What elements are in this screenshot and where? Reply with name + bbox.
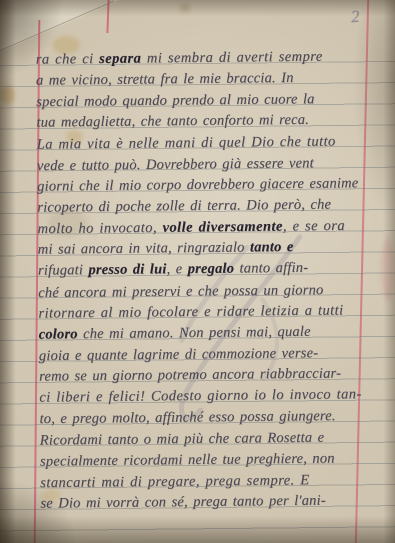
manuscript-line: giorni che il mio corpo dovrebbero giace… (37, 173, 389, 198)
manuscript-line: specialmente ricordami nelle tue preghie… (40, 448, 392, 473)
manuscript-line: rifugati presso di lui, e pregalo tanto … (38, 257, 390, 282)
manuscript-line: stancarti mai di pregare, prega sempre. … (40, 469, 392, 494)
manuscript-line: ci liberi e felici! Codesto giorno io lo… (39, 384, 391, 409)
manuscript-line: molto ho invocato, volle diversamente, e… (37, 216, 389, 241)
manuscript-line: special modo quando prendo al mio cuore … (36, 89, 388, 114)
manuscript-line: ritornare al mio focolare e ridare letiz… (38, 300, 390, 325)
manuscript-line: se Dio mi vorrà con sé, prega tanto per … (40, 490, 392, 515)
manuscript-line: a me vicino, stretta fra le mie braccia.… (36, 67, 388, 92)
manuscript-line: La mia vita è nelle mani di quel Dio che… (37, 131, 389, 156)
manuscript-line: vede e tutto può. Dovrebbero già essere … (37, 152, 389, 177)
scanned-page-photo: ra che ci separa mi sembra di averti sem… (0, 0, 395, 543)
ruled-sheet-content: ra che ci separa mi sembra di averti sem… (0, 0, 395, 543)
manuscript-line: ché ancora mi preservi e che possa un gi… (38, 279, 390, 304)
manuscript-line: gioia e quante lagrime di commozione ver… (39, 342, 391, 367)
manuscript-line: to, e prego molto, affinché esso possa g… (39, 406, 391, 431)
manuscript-text: ra che ci separa mi sembra di averti sem… (36, 46, 393, 515)
manuscript-line: coloro che mi amano. Non pensi mai, qual… (39, 321, 391, 346)
manuscript-line: ricoperto di poche zolle di terra. Dio p… (37, 194, 389, 219)
page-number: 2 (350, 7, 360, 28)
